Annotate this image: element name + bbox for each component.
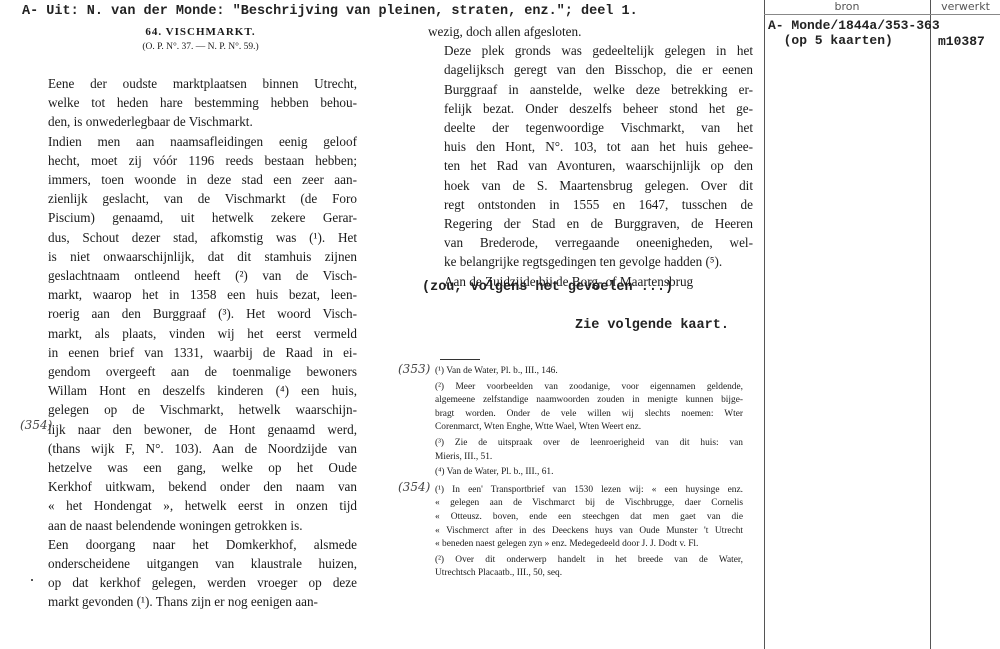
text-line: ke belangrijke regtsgedingen ten gevolge… [428, 252, 753, 271]
text-line: Een doorgang naar het Domkerkhof, alsmed… [32, 535, 357, 554]
text-line: (thans wijk F, N°. 103). Aan de Noordzij… [32, 439, 357, 458]
text-line: Piscium) genaamd, uit hetwelk zekere Ger… [32, 208, 357, 227]
text-line: aan de naast belendende woningen getrokk… [32, 516, 357, 535]
text-line: markt, waarop het in 1358 een huis bezat… [32, 285, 357, 304]
footnote-separator [440, 359, 480, 360]
text-line: (⁴) Van de Water, Pl. b., III., 61. [435, 466, 743, 480]
text-line: Eene der oudste marktplaatsen binnen Utr… [32, 74, 357, 93]
paragraph: Een doorgang naar het Domkerkhof, alsmed… [32, 535, 357, 612]
text-line: gendom overgeeft aan de toenmalige bewon… [32, 362, 357, 381]
text-line: roerig aan den Burggraaf (³). Het woord … [32, 304, 357, 323]
text-line: (¹) In een' Transportbrief van 1530 leze… [435, 484, 743, 498]
text-line: regt ontstonden in 1555 en 1647, tussche… [428, 195, 753, 214]
footnote: (²) Meer voorbeelden van zoodanige, voor… [435, 381, 743, 435]
text-line: (³) Zie de uitspraak over de leenroerigh… [435, 437, 743, 451]
text-line: « Vischmerct after in des Deeckens huys … [435, 525, 743, 539]
text-line: markt, als plaats, vinden wij het eerst … [32, 324, 357, 343]
column-header-bron: bron [764, 0, 930, 13]
text-line: huis den Hont, N°. 103, tot aan het huis… [428, 137, 753, 156]
column-header-verwerkt: verwerkt [931, 0, 1000, 13]
text-line: « beneden naest gelegen zyn » enz. Medeg… [435, 538, 743, 552]
text-line: Kerkhof uitkwam, bekend onder den naam v… [32, 477, 357, 496]
margin-note: (354) [398, 480, 430, 494]
text-line: den, is onwederlegbaar de Vischmarkt. [32, 112, 357, 131]
text-line: immers, toen woonde in deze stad een zee… [32, 170, 357, 189]
text-line: bragt worden. Onder de vele willen wij s… [435, 408, 743, 422]
text-line: Corenmarct, Wten Enghe, Wtte Wael, Wten … [435, 421, 743, 435]
footnotes: (¹) Van de Water, Pl. b., III., 146. (²)… [435, 365, 743, 583]
text-line: van Brederode, verregaande oneenigheden,… [428, 233, 753, 252]
text-line: (²) Over dit onderwerp handelt in het br… [435, 554, 743, 568]
text-line: hoek van de S. Maartensbrug gelegen. Ove… [428, 176, 753, 195]
text-line: welke tot heden hare bestemming hebben b… [32, 93, 357, 112]
text-line: dagelijksch geregt van den Bisschop, die… [428, 60, 753, 79]
text-line: zienlijk geslacht, van de Vischmarkt (de… [32, 189, 357, 208]
text-line: (¹) Van de Water, Pl. b., III., 146. [435, 365, 743, 379]
text-line: lijk naar den bewoner, de Hont genaamd w… [32, 420, 357, 439]
bron-value: A- Monde/1844a/353-363 (op 5 kaarten) [768, 18, 940, 48]
panel-divider-middle [930, 0, 931, 649]
margin-note: (353) [398, 362, 430, 376]
section-subtitle: (O. P. N°. 37. — N. P. N°. 59.) [44, 42, 357, 52]
text-line: in eenen brief van 1331, waarbij de Raad… [32, 343, 357, 362]
footnote: (⁴) Van de Water, Pl. b., III., 61. [435, 466, 743, 480]
text-line: op dat kerkhof gelegen, werden vroeger o… [32, 573, 357, 592]
typed-continuation-note: (zou, volgens het gevoelen ...) [422, 280, 673, 295]
text-line: is niet onwaarschijnlijk, dat dit stamhu… [32, 247, 357, 266]
text-line: hetzelve was een gang, welke op het Oude [32, 458, 357, 477]
see-next-card-note: Zie volgende kaart. [575, 318, 729, 333]
text-line: geslachtnaam ontleend heeft (²) van de V… [32, 266, 357, 285]
footnote: (³) Zie de uitspraak over de leenroerigh… [435, 437, 743, 464]
text-line: markt gevonden (¹). Thans zijn er nog ee… [32, 592, 357, 611]
paragraph: Eene der oudste marktplaatsen binnen Utr… [32, 74, 357, 132]
text-line: wezig, doch allen afgesloten. [428, 22, 753, 41]
paragraph: Indien men aan naamsafleidingen eenig ge… [32, 132, 357, 535]
text-line: Indien men aan naamsafleidingen eenig ge… [32, 132, 357, 151]
panel-header-separator [764, 14, 1000, 15]
text-line: Burggraaf in aanstelde, welke deze betre… [428, 80, 753, 99]
footnote: (¹) Van de Water, Pl. b., III., 146. [435, 365, 743, 379]
text-line: « Otteusz. boven, ende een steechgen dat… [435, 511, 743, 525]
source-info-panel: bron verwerkt A- Monde/1844a/353-363 (op… [764, 0, 1000, 649]
text-line: Deze plek gronds was gedeeltelijk gelege… [428, 41, 753, 60]
margin-note: (354) [20, 418, 52, 432]
text-line: dus, Schout dezer stad, afkomstig was (¹… [32, 228, 357, 247]
scan-speck [31, 579, 33, 581]
text-line: algemeene zelfstandige naamwoorden zoude… [435, 394, 743, 408]
text-line: Mieris, III., 51. [435, 451, 743, 465]
text-line: gelegen op de Vischmarkt, hetwelk waarsc… [32, 400, 357, 419]
paragraph: Deze plek gronds was gedeeltelijk gelege… [428, 41, 753, 271]
text-line: felijk bezat. Onder deszelfs beheer ston… [428, 99, 753, 118]
text-line: Willam Hont en deszelfs kinderen (⁴) een… [32, 381, 357, 400]
text-line: hecht, moet zij vóór 1196 reeds bestaan … [32, 151, 357, 170]
text-line: deelte der tegenwoordige Vischmarkt, van… [428, 118, 753, 137]
panel-divider-left [764, 0, 765, 649]
text-line: Regering der Stad en de Burggraven, de H… [428, 214, 753, 233]
footnote: (²) Over dit onderwerp handelt in het br… [435, 554, 743, 581]
text-line: onderscheidene uitgangen van klaustrale … [32, 554, 357, 573]
text-line: (²) Meer voorbeelden van zoodanige, voor… [435, 381, 743, 395]
footnote: (¹) In een' Transportbrief van 1530 leze… [435, 484, 743, 552]
text-line: ten het Rad van Avonturen, waarschijnlij… [428, 156, 753, 175]
page-right-column: wezig, doch allen afgesloten. Deze plek … [428, 22, 753, 291]
document-header-title: A- Uit: N. van der Monde: "Beschrijving … [22, 4, 638, 19]
verwerkt-value: m10387 [938, 34, 985, 49]
section-title: 64. VISCHMARKT. [44, 26, 357, 38]
paragraph: wezig, doch allen afgesloten. [428, 22, 753, 41]
text-line: Utrechtsch Placaatb., III., 50, seq. [435, 567, 743, 581]
text-line: « het Hondengat », hetwelk eerst in onze… [32, 496, 357, 515]
text-line: « gelegen aan de Vischmarct bij de Visch… [435, 497, 743, 511]
page-left-column: 64. VISCHMARKT. (O. P. N°. 37. — N. P. N… [32, 26, 357, 612]
